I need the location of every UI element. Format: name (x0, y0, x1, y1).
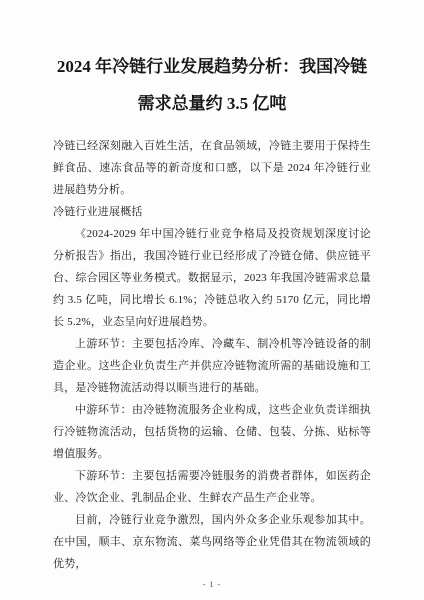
section-heading-industry-overview: 冷链行业进展概括 (53, 201, 371, 223)
paragraph-upstream: 上游环节：主要包括冷库、冷藏车、制冷机等冷链设备的制造企业。这些企业负责生产并供… (53, 333, 371, 399)
page-number: - 1 - (53, 580, 371, 589)
paragraph-downstream: 下游环节：主要包括需要冷链服务的消费者群体，如医药企业、冷饮企业、乳制品企业、生… (53, 465, 371, 509)
document-title: 2024 年冷链行业发展趋势分析：我国冷链需求总量约 3.5 亿吨 (53, 48, 371, 122)
intro-paragraph: 冷链已经深刻融入百姓生活，在食品领域，冷链主要用于保持生鲜食品、速冻食品等的新奇… (53, 135, 371, 201)
document-page: 2024 年冷链行业发展趋势分析：我国冷链需求总量约 3.5 亿吨 冷链已经深刻… (0, 0, 424, 600)
paragraph-midstream: 中游环节：由冷链物流服务企业构成，这些企业负责详细执行冷链物流活动，包括货物的运… (53, 399, 371, 465)
paragraph-report-statistics: 《2024-2029 年中国冷链行业竞争格局及投资规划深度讨论分析报告》指出，我… (53, 223, 371, 333)
paragraph-competition: 目前，冷链行业竞争激烈，国内外众多企业乐观参加其中。在中国，顺丰、京东物流、菜鸟… (53, 509, 371, 575)
